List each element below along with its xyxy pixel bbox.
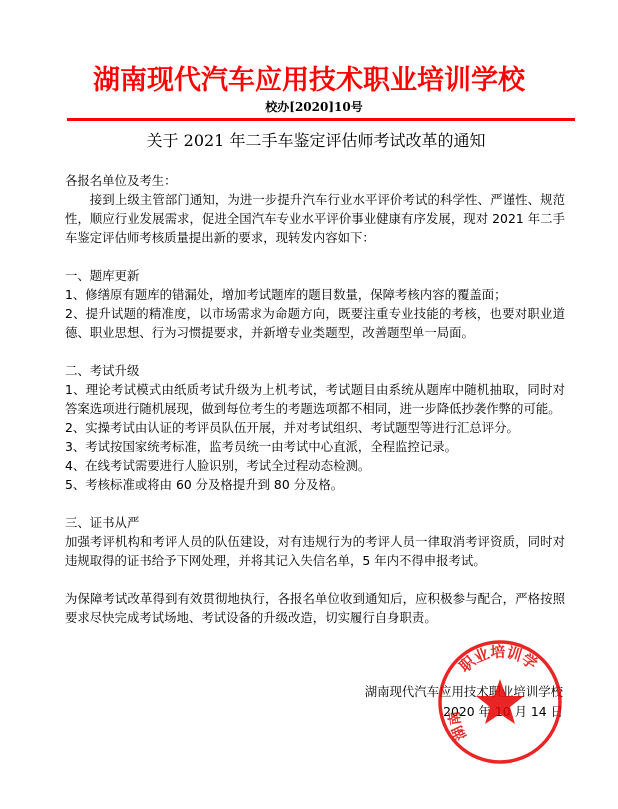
salutation: 各报名单位及考生： <box>65 171 565 190</box>
signature-block: 湖南现代汽车应用技术职业培训学校 2020 年 10 月 14 日 <box>361 682 563 722</box>
list-item: 2、实操考试由认证的考评员队伍开展，并对考试组织、考试题型等进行汇总评分。 <box>65 418 565 437</box>
closing-paragraph: 为保障考试改革得到有效贯彻地执行，各报名单位收到通知后，应积极参与配合，严格按照… <box>65 589 565 627</box>
document-body: 各报名单位及考生： 接到上级主管部门通知，为进一步提升汽车行业水平评价考试的科学… <box>65 152 565 627</box>
doc-number: 校办[2020]10号 <box>0 99 618 115</box>
section-heading: 二、考试升级 <box>65 361 565 380</box>
list-item: 1、理论考试模式由纸质考试升级为上机考试，考试题目由系统从题库中随机抽取，同时对… <box>65 380 565 418</box>
spacer <box>65 342 565 361</box>
section-heading: 三、证书从严 <box>65 513 565 532</box>
signature-date: 2020 年 10 月 14 日 <box>361 702 563 722</box>
signature-org: 湖南现代汽车应用技术职业培训学校 <box>361 682 563 702</box>
intro-paragraph: 接到上级主管部门通知，为进一步提升汽车行业水平评价考试的科学性、严谨性、规范性，… <box>65 190 565 247</box>
list-item: 5、考核标准或将由 60 分及格提升到 80 分及格。 <box>65 475 565 494</box>
list-item: 4、在线考试需要进行人脸识别，考试全过程动态检测。 <box>65 456 565 475</box>
spacer <box>65 494 565 513</box>
spacer <box>65 152 565 171</box>
list-item: 3、考试按国家统考标准，监考员统一由考试中心直派，全程监控记录。 <box>65 437 565 456</box>
spacer <box>65 247 565 266</box>
seal-top-text: 职业培训学 <box>456 643 541 676</box>
document-title: 关于 2021 年二手车鉴定评估师考试改革的通知 <box>0 129 618 153</box>
list-item: 1、修缮原有题库的错漏处，增加考试题库的题目数量，保障考核内容的覆盖面； <box>65 285 565 304</box>
svg-text:职业培训学: 职业培训学 <box>456 643 541 676</box>
list-item: 加强考评机构和考评人员的队伍建设，对有违规行为的考评人员一律取消考评资质，同时对… <box>65 532 565 570</box>
org-title: 湖南现代汽车应用技术职业培训学校 <box>0 64 618 98</box>
section-heading: 一、题库更新 <box>65 266 565 285</box>
list-item: 2、提升试题的精准度，以市场需求为命题方向，既要注重专业技能的考核，也要对职业道… <box>65 304 565 342</box>
red-divider <box>67 118 575 121</box>
spacer <box>65 570 565 589</box>
